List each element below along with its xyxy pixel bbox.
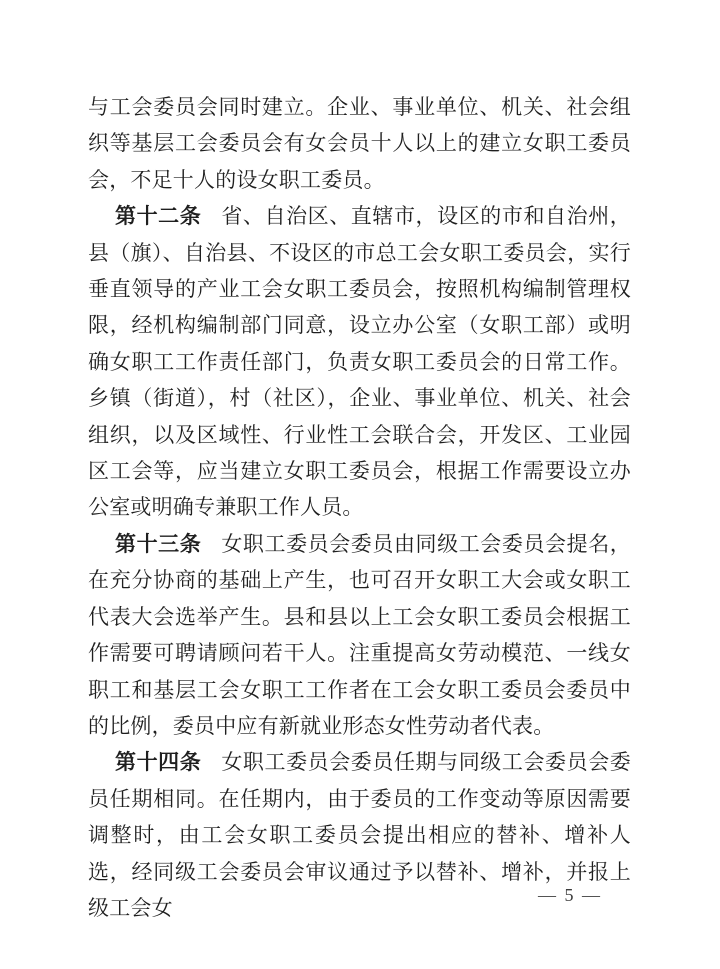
document-page: 与工会委员会同时建立。企业、事业单位、机关、社会组织等基层工会委员会有女会员十人… — [0, 0, 720, 969]
paragraph-text: 与工会委员会同时建立。企业、事业单位、机关、社会组织等基层工会委员会有女会员十人… — [88, 95, 631, 192]
clause-12-paragraph: 第十二条省、自治区、直辖市，设区的市和自治州，县（旗）、自治县、不设区的市总工会… — [88, 198, 631, 526]
clause-13-paragraph: 第十三条女职工委员会委员由同级工会委员会提名，在充分协商的基础上产生，也可召开女… — [88, 526, 631, 744]
paragraph-text: 女职工委员会委员由同级工会委员会提名，在充分协商的基础上产生，也可召开女职工大会… — [88, 532, 631, 738]
clause-12-heading: 第十二条 — [115, 204, 201, 228]
clause-13-heading: 第十三条 — [115, 532, 201, 556]
page-number: — 5 — — [538, 884, 618, 906]
clause-14-heading: 第十四条 — [115, 750, 201, 774]
paragraph-text: 省、自治区、直辖市，设区的市和自治州，县（旗）、自治县、不设区的市总工会女职工委… — [88, 204, 631, 519]
document-body: 与工会委员会同时建立。企业、事业单位、机关、社会组织等基层工会委员会有女会员十人… — [88, 89, 631, 926]
paragraph-continuation: 与工会委员会同时建立。企业、事业单位、机关、社会组织等基层工会委员会有女会员十人… — [88, 89, 631, 198]
